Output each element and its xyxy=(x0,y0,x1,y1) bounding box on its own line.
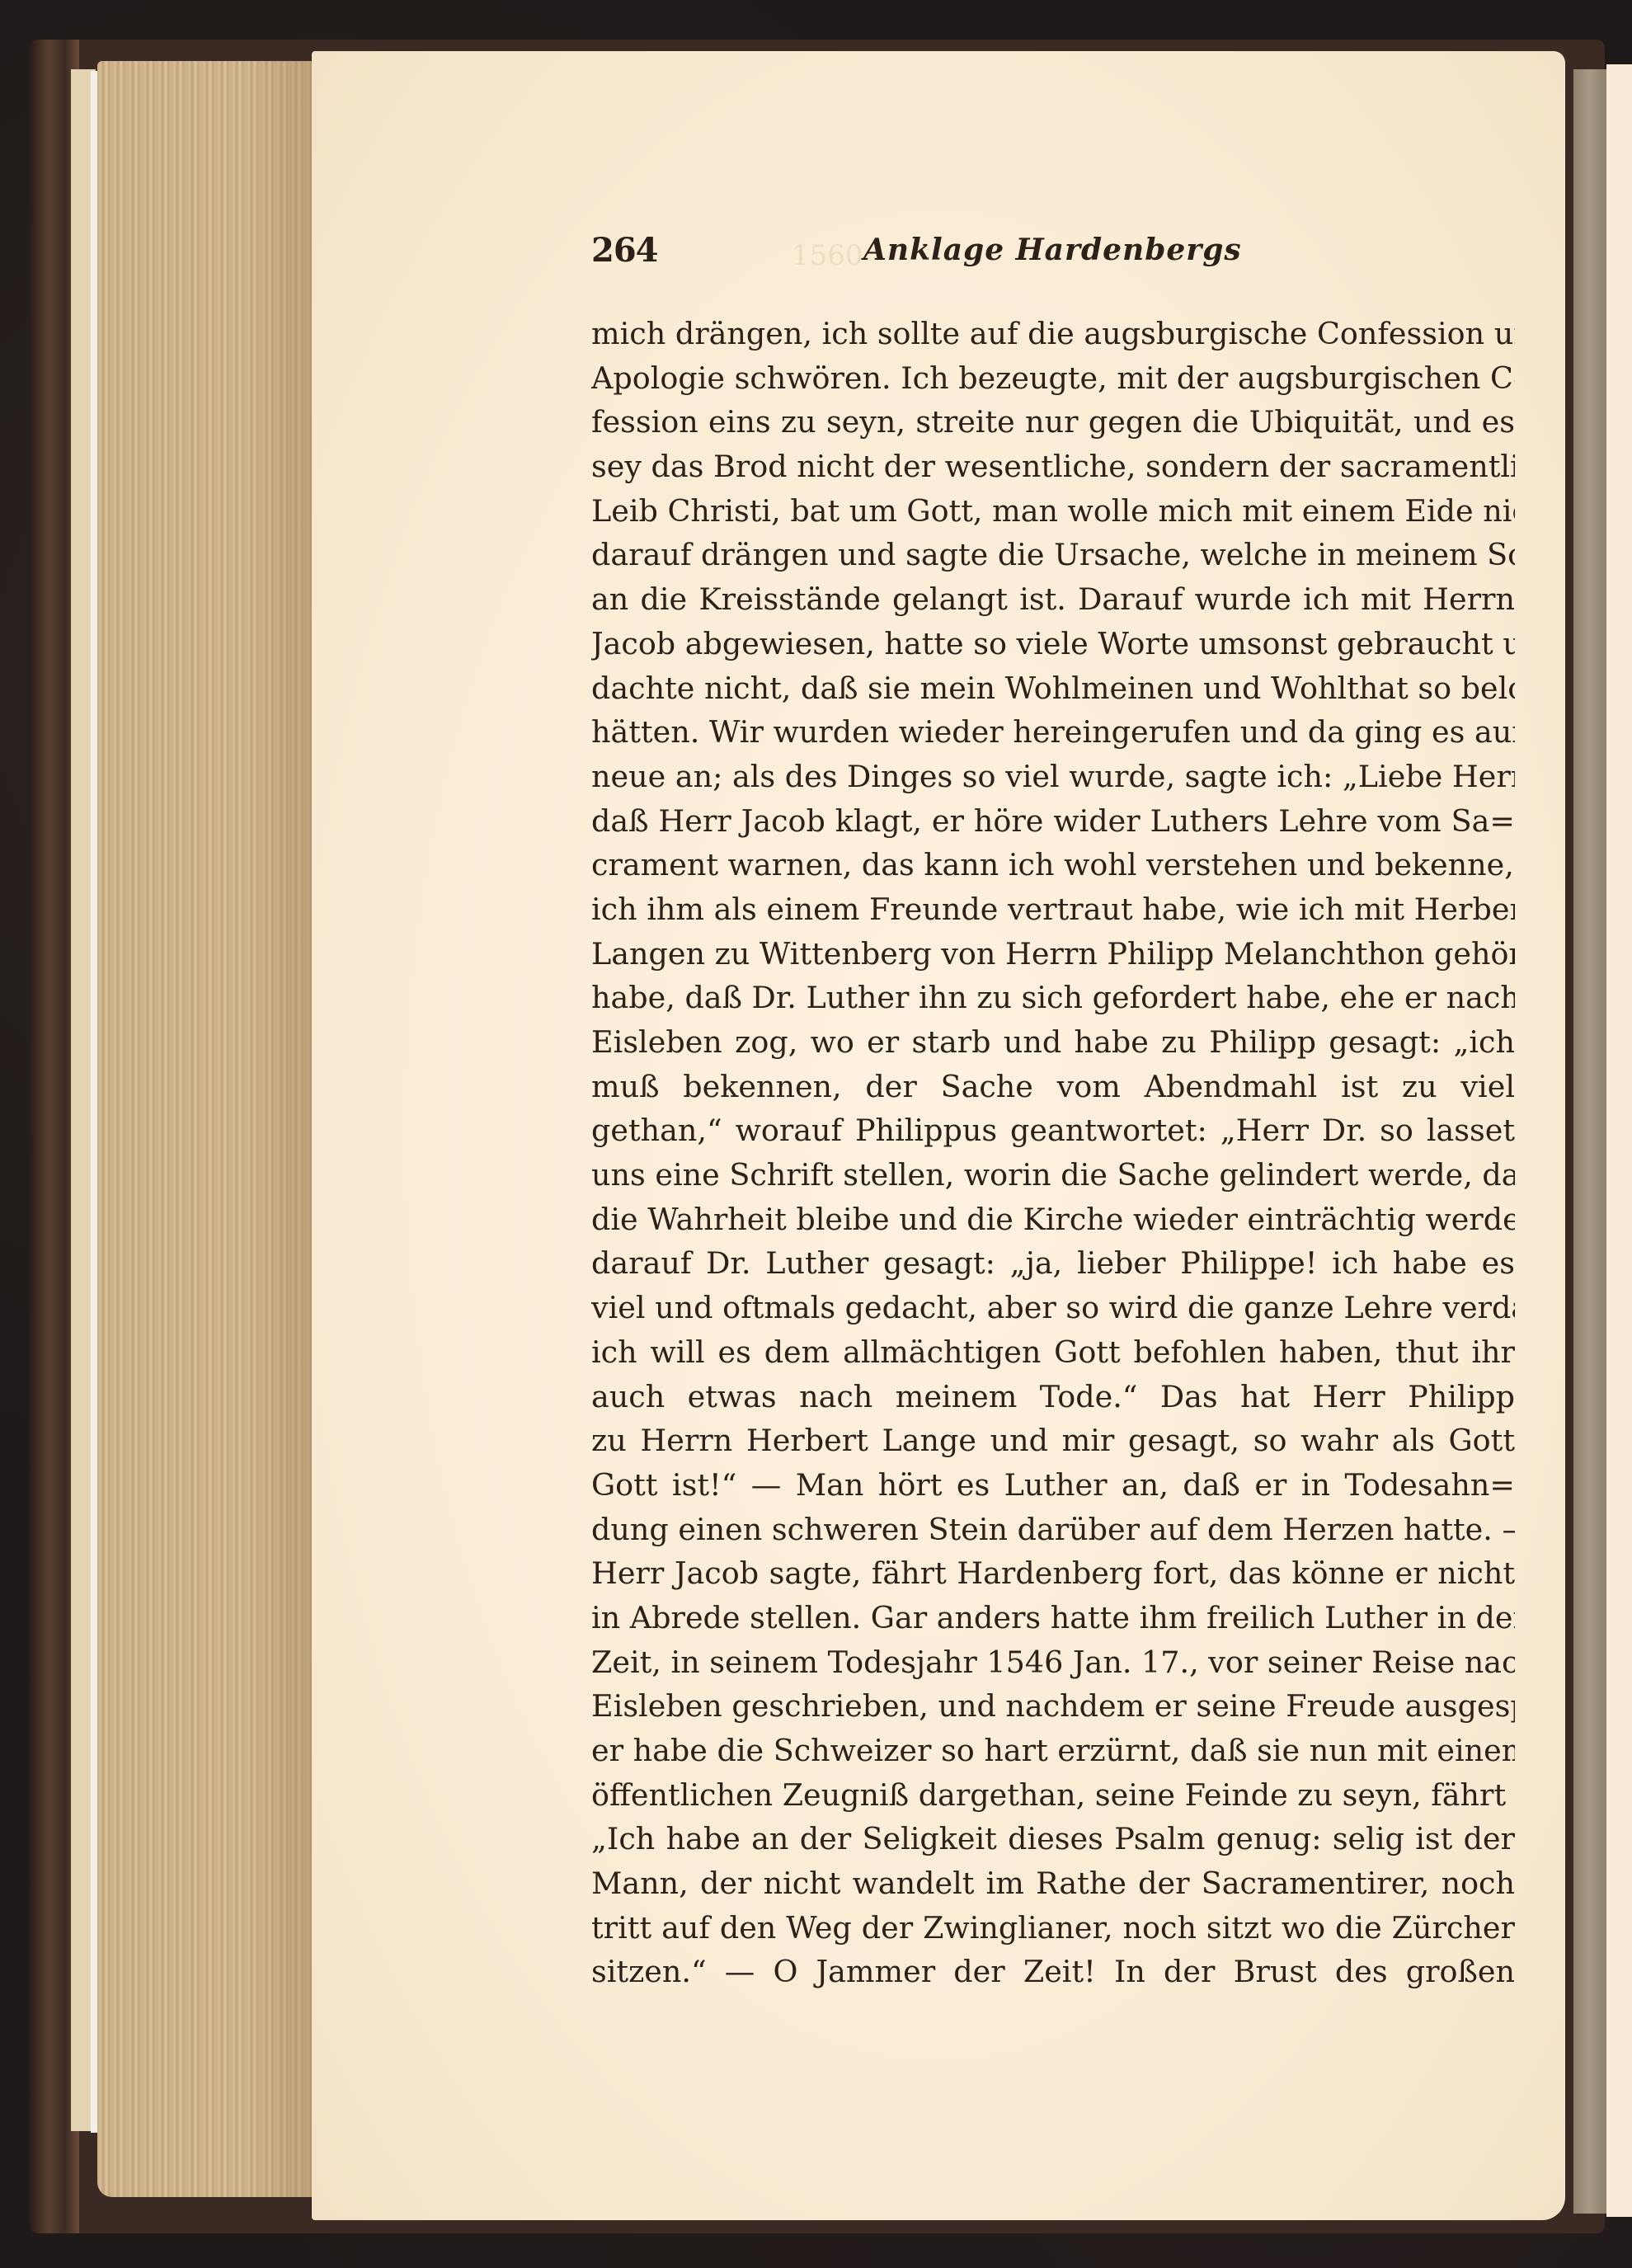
text-line: sey das Brod nicht der wesentliche, sond… xyxy=(591,445,1515,489)
text-line: Eisleben zog, wo er starb und habe zu Ph… xyxy=(591,1020,1515,1065)
facing-page-edge xyxy=(1606,64,1632,2217)
text-line: auch etwas nach meinem Tode.“ Das hat He… xyxy=(591,1375,1515,1419)
text-line: tritt auf den Weg der Zwinglianer, noch … xyxy=(591,1906,1515,1950)
page-stack-shadow xyxy=(247,61,313,2197)
text-line: uns eine Schrift stellen, worin die Sach… xyxy=(591,1153,1515,1198)
text-line: darauf drängen und sagte die Ursache, we… xyxy=(591,533,1515,577)
text-line: Mann, der nicht wandelt im Rathe der Sac… xyxy=(591,1861,1515,1906)
text-line: er habe die Schweizer so hart erzürnt, d… xyxy=(591,1729,1515,1773)
text-line: an die Kreisstände gelangt ist. Darauf w… xyxy=(591,577,1515,622)
text-line: zu Herrn Herbert Lange und mir gesagt, s… xyxy=(591,1419,1515,1463)
text-line: hätten. Wir wurden wieder hereingerufen … xyxy=(591,710,1515,755)
book-gutter xyxy=(1573,69,1606,2214)
running-head: 264 Anklage Hardenbergs xyxy=(591,231,1515,280)
text-line: öffentlichen Zeugniß dargethan, seine Fe… xyxy=(591,1773,1515,1818)
running-head-title: Anklage Hardenbergs xyxy=(863,233,1242,267)
text-line: neue an; als des Dinges so viel wurde, s… xyxy=(591,755,1515,799)
text-line: Leib Christi, bat um Gott, man wolle mic… xyxy=(591,489,1515,534)
text-line: daß Herr Jacob klagt, er höre wider Luth… xyxy=(591,799,1515,844)
text-line: Eisleben geschrieben, und nachdem er sei… xyxy=(591,1684,1515,1729)
text-line: fession eins zu seyn, streite nur gegen … xyxy=(591,400,1515,445)
text-line: in Abrede stellen. Gar anders hatte ihm … xyxy=(591,1596,1515,1640)
text-line: dung einen schweren Stein darüber auf de… xyxy=(591,1508,1515,1552)
text-line: dachte nicht, daß sie mein Wohlmeinen un… xyxy=(591,666,1515,711)
text-line: sitzen.“ — O Jammer der Zeit! In der Bru… xyxy=(591,1950,1515,1994)
text-line: „Ich habe an der Seligkeit dieses Psalm … xyxy=(591,1817,1515,1861)
text-line: darauf Dr. Luther gesagt: „ja, lieber Ph… xyxy=(591,1241,1515,1286)
text-line: muß bekennen, der Sache vom Abendmahl is… xyxy=(591,1065,1515,1109)
body-text: mich drängen, ich sollte auf die augsbur… xyxy=(591,312,1515,1994)
text-line: Jacob abgewiesen, hatte so viele Worte u… xyxy=(591,622,1515,666)
text-line: Apologie schwören. Ich bezeugte, mit der… xyxy=(591,356,1515,401)
text-line: die Wahrheit bleibe und die Kirche wiede… xyxy=(591,1198,1515,1242)
text-line: Herr Jacob sagte, fährt Hardenberg fort,… xyxy=(591,1551,1515,1596)
text-line: Gott ist!“ — Man hört es Luther an, daß … xyxy=(591,1463,1515,1508)
text-line: viel und oftmals gedacht, aber so wird d… xyxy=(591,1286,1515,1330)
text-line: gethan,“ worauf Philippus geantwortet: „… xyxy=(591,1108,1515,1153)
text-line: habe, daß Dr. Luther ihn zu sich geforde… xyxy=(591,976,1515,1020)
page-number: 264 xyxy=(591,231,658,270)
text-line: mich drängen, ich sollte auf die augsbur… xyxy=(591,312,1515,356)
text-line: ich ihm als einem Freunde vertraut habe,… xyxy=(591,887,1515,932)
text-line: Langen zu Wittenberg von Herrn Philipp M… xyxy=(591,932,1515,976)
text-line: Zeit, in seinem Todesjahr 1546 Jan. 17.,… xyxy=(591,1640,1515,1685)
text-line: crament warnen, das kann ich wohl verste… xyxy=(591,843,1515,887)
text-line: ich will es dem allmächtigen Gott befohl… xyxy=(591,1330,1515,1375)
